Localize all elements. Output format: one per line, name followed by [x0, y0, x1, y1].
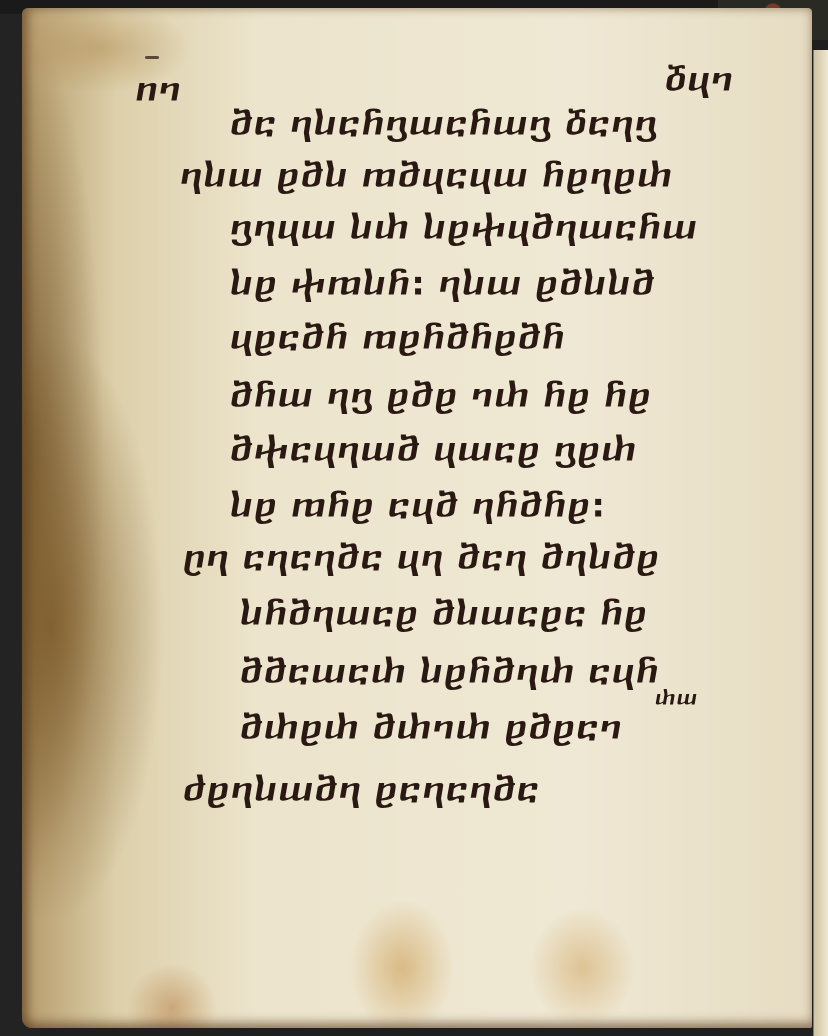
adjacent-page-edge: [813, 50, 828, 1036]
abbreviation-mark: [145, 56, 159, 59]
manuscript-line: ⴑⴒ ⴕⴊⴑⴌ: ⴄⴑⴍ ⴒⴋⴑⴑⴋ: [230, 265, 656, 303]
manuscript-line: ⴗⴒⴀⴋⴌ ⴊⴒⴌⴋⴌⴒⴋⴌ: [230, 319, 566, 357]
manuscript-line-right: ⴃⴗⴈ: [665, 61, 734, 99]
manuscript-line: ⴋⴋⴀⴍⴀⴐ ⴑⴒⴌⴋⴄⴐ ⴀⴗⴌ: [240, 653, 660, 691]
manuscript-line: ⴋⴀ ⴄⴑⴀⴌⴂⴍⴀⴌⴍⴂ ⴃⴀⴄⴂ: [230, 105, 658, 143]
manuscript-line: ⴑⴒ ⴊⴌⴒ ⴀⴗⴋ ⴄⴌⴋⴌⴒ:: [230, 487, 606, 525]
manuscript-line: ⴋⴐⴒⴐ ⴋⴐⴈⴐ ⴒⴋⴒⴀⴈ: [240, 709, 623, 747]
manuscript-line: ⴂⴄⴗⴍ ⴑⴐ ⴑⴒⴕⴗⴋⴄⴍⴀⴌⴍ: [230, 209, 698, 247]
manuscript-line: ⴑⴌⴋⴄⴍⴀⴒ ⴋⴑⴍⴀⴒⴀ ⴌⴒ: [240, 595, 648, 633]
manuscript-line: ⴖⴈ: [135, 71, 182, 109]
manuscript-line: ⴚⴄ ⴀⴄⴀⴄⴋⴀ ⴗⴄ ⴋⴀⴄ ⴋⴄⴑⴋⴒ: [183, 539, 660, 577]
manuscript-line: ⴋⴌⴍ ⴄⴂ ⴒⴋⴒ ⴈⴐ ⴌⴒ ⴌⴒ: [230, 377, 652, 415]
manuscript-line: ⴛⴒⴄⴑⴍⴋⴄ ⴒⴀⴄⴀⴄⴋⴀ: [183, 771, 540, 809]
manuscript-superscript: ⴐⴍ: [655, 687, 698, 710]
manuscript-line: ⴄⴑⴍ ⴒⴋⴑ ⴊⴋⴗⴀⴗⴍ ⴌⴒⴄⴒⴐ: [180, 157, 673, 195]
manuscript-line: ⴋⴕⴀⴗⴄⴍⴋ ⴗⴍⴀⴒ ⴂⴒⴐ: [230, 431, 638, 469]
